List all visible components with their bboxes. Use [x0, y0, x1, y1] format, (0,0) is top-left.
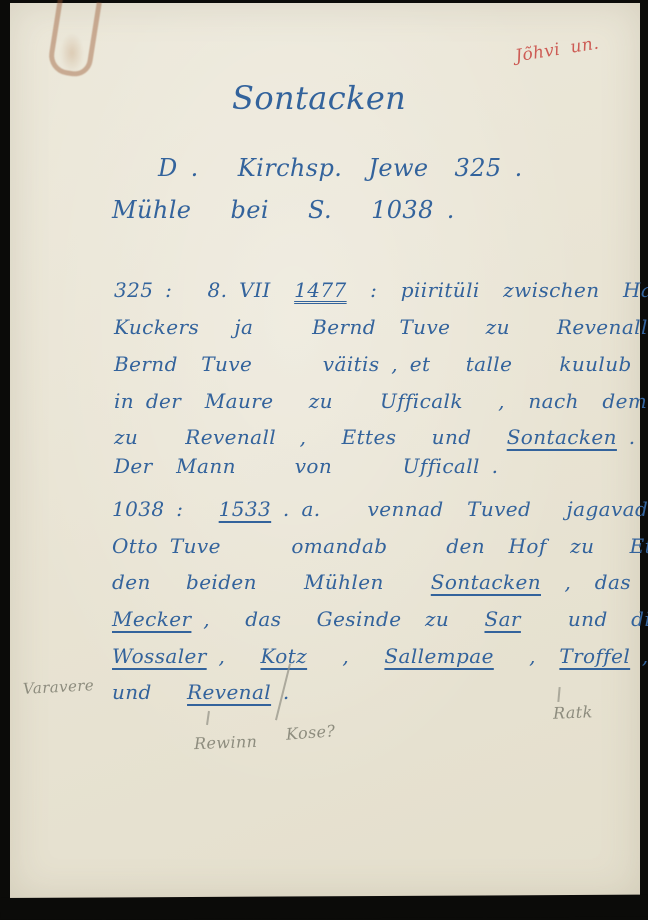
handwritten-text-segment: zu Revenall , Ettes und: [114, 425, 507, 449]
entry-325-line-6: Der Mann von Ufficall .: [114, 455, 498, 477]
pencil-note-ratk: Ratk: [553, 703, 593, 722]
entry-1038-line-5: Wossaler , Kotz , Sallempae , Troffel , …: [112, 645, 648, 667]
handwritten-text-segment: Mühle bei S. 1038 .: [112, 196, 455, 224]
header-line-2: Mühle bei S. 1038 .: [112, 197, 455, 223]
handwritten-text-segment: Otto Tuve omandab den Hof zu Etz mit: [112, 534, 648, 558]
handwritten-text-segment: , das Dorf: [541, 570, 648, 594]
pencil-note-varavere: Varavere: [23, 677, 95, 697]
pencil-tick-ratk: [557, 687, 560, 702]
entry-325-line-4: in der Maure zu Ufficalk , nach dem Dorf…: [114, 390, 648, 412]
handwritten-text-segment: D . Kirchsp. Jewe 325 .: [158, 154, 523, 182]
handwritten-text-segment: und: [112, 680, 187, 704]
handwritten-text-segment: . a. vennad Tuved jagavad isa pärandi :: [271, 497, 648, 521]
entry-1038-line-3: den beiden Mühlen Sontacken , das Dorf: [112, 571, 648, 593]
handwritten-text-segment: und die Dörfer: [521, 607, 648, 631]
handwritten-text-segment: Sontacken: [431, 570, 541, 594]
handwritten-text-segment: ,: [630, 644, 648, 668]
entry-325-line-5: zu Revenall , Ettes und Sontacken .: [114, 426, 635, 448]
handwritten-text-segment: Rewinn: [194, 732, 258, 753]
handwritten-text-segment: Ratk: [553, 702, 593, 722]
handwritten-text-segment: ,: [307, 644, 384, 668]
handwritten-text-segment: Kose?: [285, 721, 336, 743]
red-corner-note: Jõhvi un.: [514, 35, 600, 67]
header-line-1: D . Kirchsp. Jewe 325 .: [158, 155, 523, 181]
handwritten-text-segment: ,: [207, 644, 261, 668]
handwritten-text-segment: Wossaler: [112, 644, 207, 668]
paper-sheet: Jõhvi un.SontackenD . Kirchsp. Jewe 325 …: [10, 3, 640, 898]
title: Sontacken: [232, 81, 406, 116]
handwritten-text-segment: Sontacken: [507, 425, 617, 449]
photo-black-edge: [0, 895, 648, 920]
pencil-note-kose: Kose?: [285, 722, 336, 743]
handwritten-text-segment: .: [617, 425, 636, 449]
handwritten-text-segment: Jõhvi un.: [514, 34, 600, 67]
handwritten-text-segment: Sallempae: [384, 644, 493, 668]
handwritten-text-segment: Bernd Tuve väitis , et talle kuulub Holz…: [114, 352, 648, 376]
entry-1038-line-6: und Revenal .: [112, 681, 290, 703]
handwritten-text-segment: Varavere: [23, 676, 95, 698]
handwritten-text-segment: , das Gesinde zu: [191, 607, 484, 631]
handwritten-text-segment: 1477: [294, 278, 347, 302]
pencil-tick-rewinn: [206, 711, 210, 725]
handwritten-text-segment: Der Mann von Ufficall .: [114, 454, 498, 478]
handwritten-text-segment: Kuckers ja Bernd Tuve zu Revenall .: [114, 315, 648, 339]
entry-1038-line-4: Mecker , das Gesinde zu Sar und die Dörf…: [112, 608, 648, 630]
pencil-note-rewinn: Rewinn: [194, 733, 258, 753]
handwritten-text-segment: den beiden Mühlen: [112, 570, 431, 594]
handwritten-text-segment: in der Maure zu Ufficalk , nach dem Dorf…: [114, 389, 648, 413]
paperclip-rust-smudge: [60, 33, 84, 73]
entry-1038-line-2: Otto Tuve omandab den Hof zu Etz mit: [112, 535, 648, 557]
handwritten-text-segment: : piiritüli zwischen Hans Lode zu: [347, 278, 648, 302]
entry-325-line-1: 325 : 8. VII 1477 : piiritüli zwischen H…: [114, 279, 648, 301]
entry-325-line-2: Kuckers ja Bernd Tuve zu Revenall .: [114, 316, 648, 338]
scanned-document-photo: { "colors": { "ink": "#33639c", "pencil"…: [0, 0, 648, 920]
handwritten-text-segment: ,: [494, 644, 560, 668]
handwritten-text-segment: Revenal: [187, 680, 271, 704]
handwritten-text-segment: Sontacken: [232, 79, 406, 117]
handwritten-text-segment: 1038 :: [112, 497, 219, 521]
handwritten-text-segment: Troffel: [559, 644, 630, 668]
handwritten-text-segment: 325 : 8. VII: [114, 278, 294, 302]
handwritten-text-segment: Sar: [484, 607, 520, 631]
handwritten-text-segment: Kotz: [260, 644, 307, 668]
handwritten-text-segment: Mecker: [112, 607, 191, 631]
entry-1038-line-1: 1038 : 1533 . a. vennad Tuved jagavad is…: [112, 498, 648, 520]
entry-325-line-3: Bernd Tuve väitis , et talle kuulub Holz…: [114, 353, 648, 375]
handwritten-text-segment: 1533: [219, 497, 272, 521]
